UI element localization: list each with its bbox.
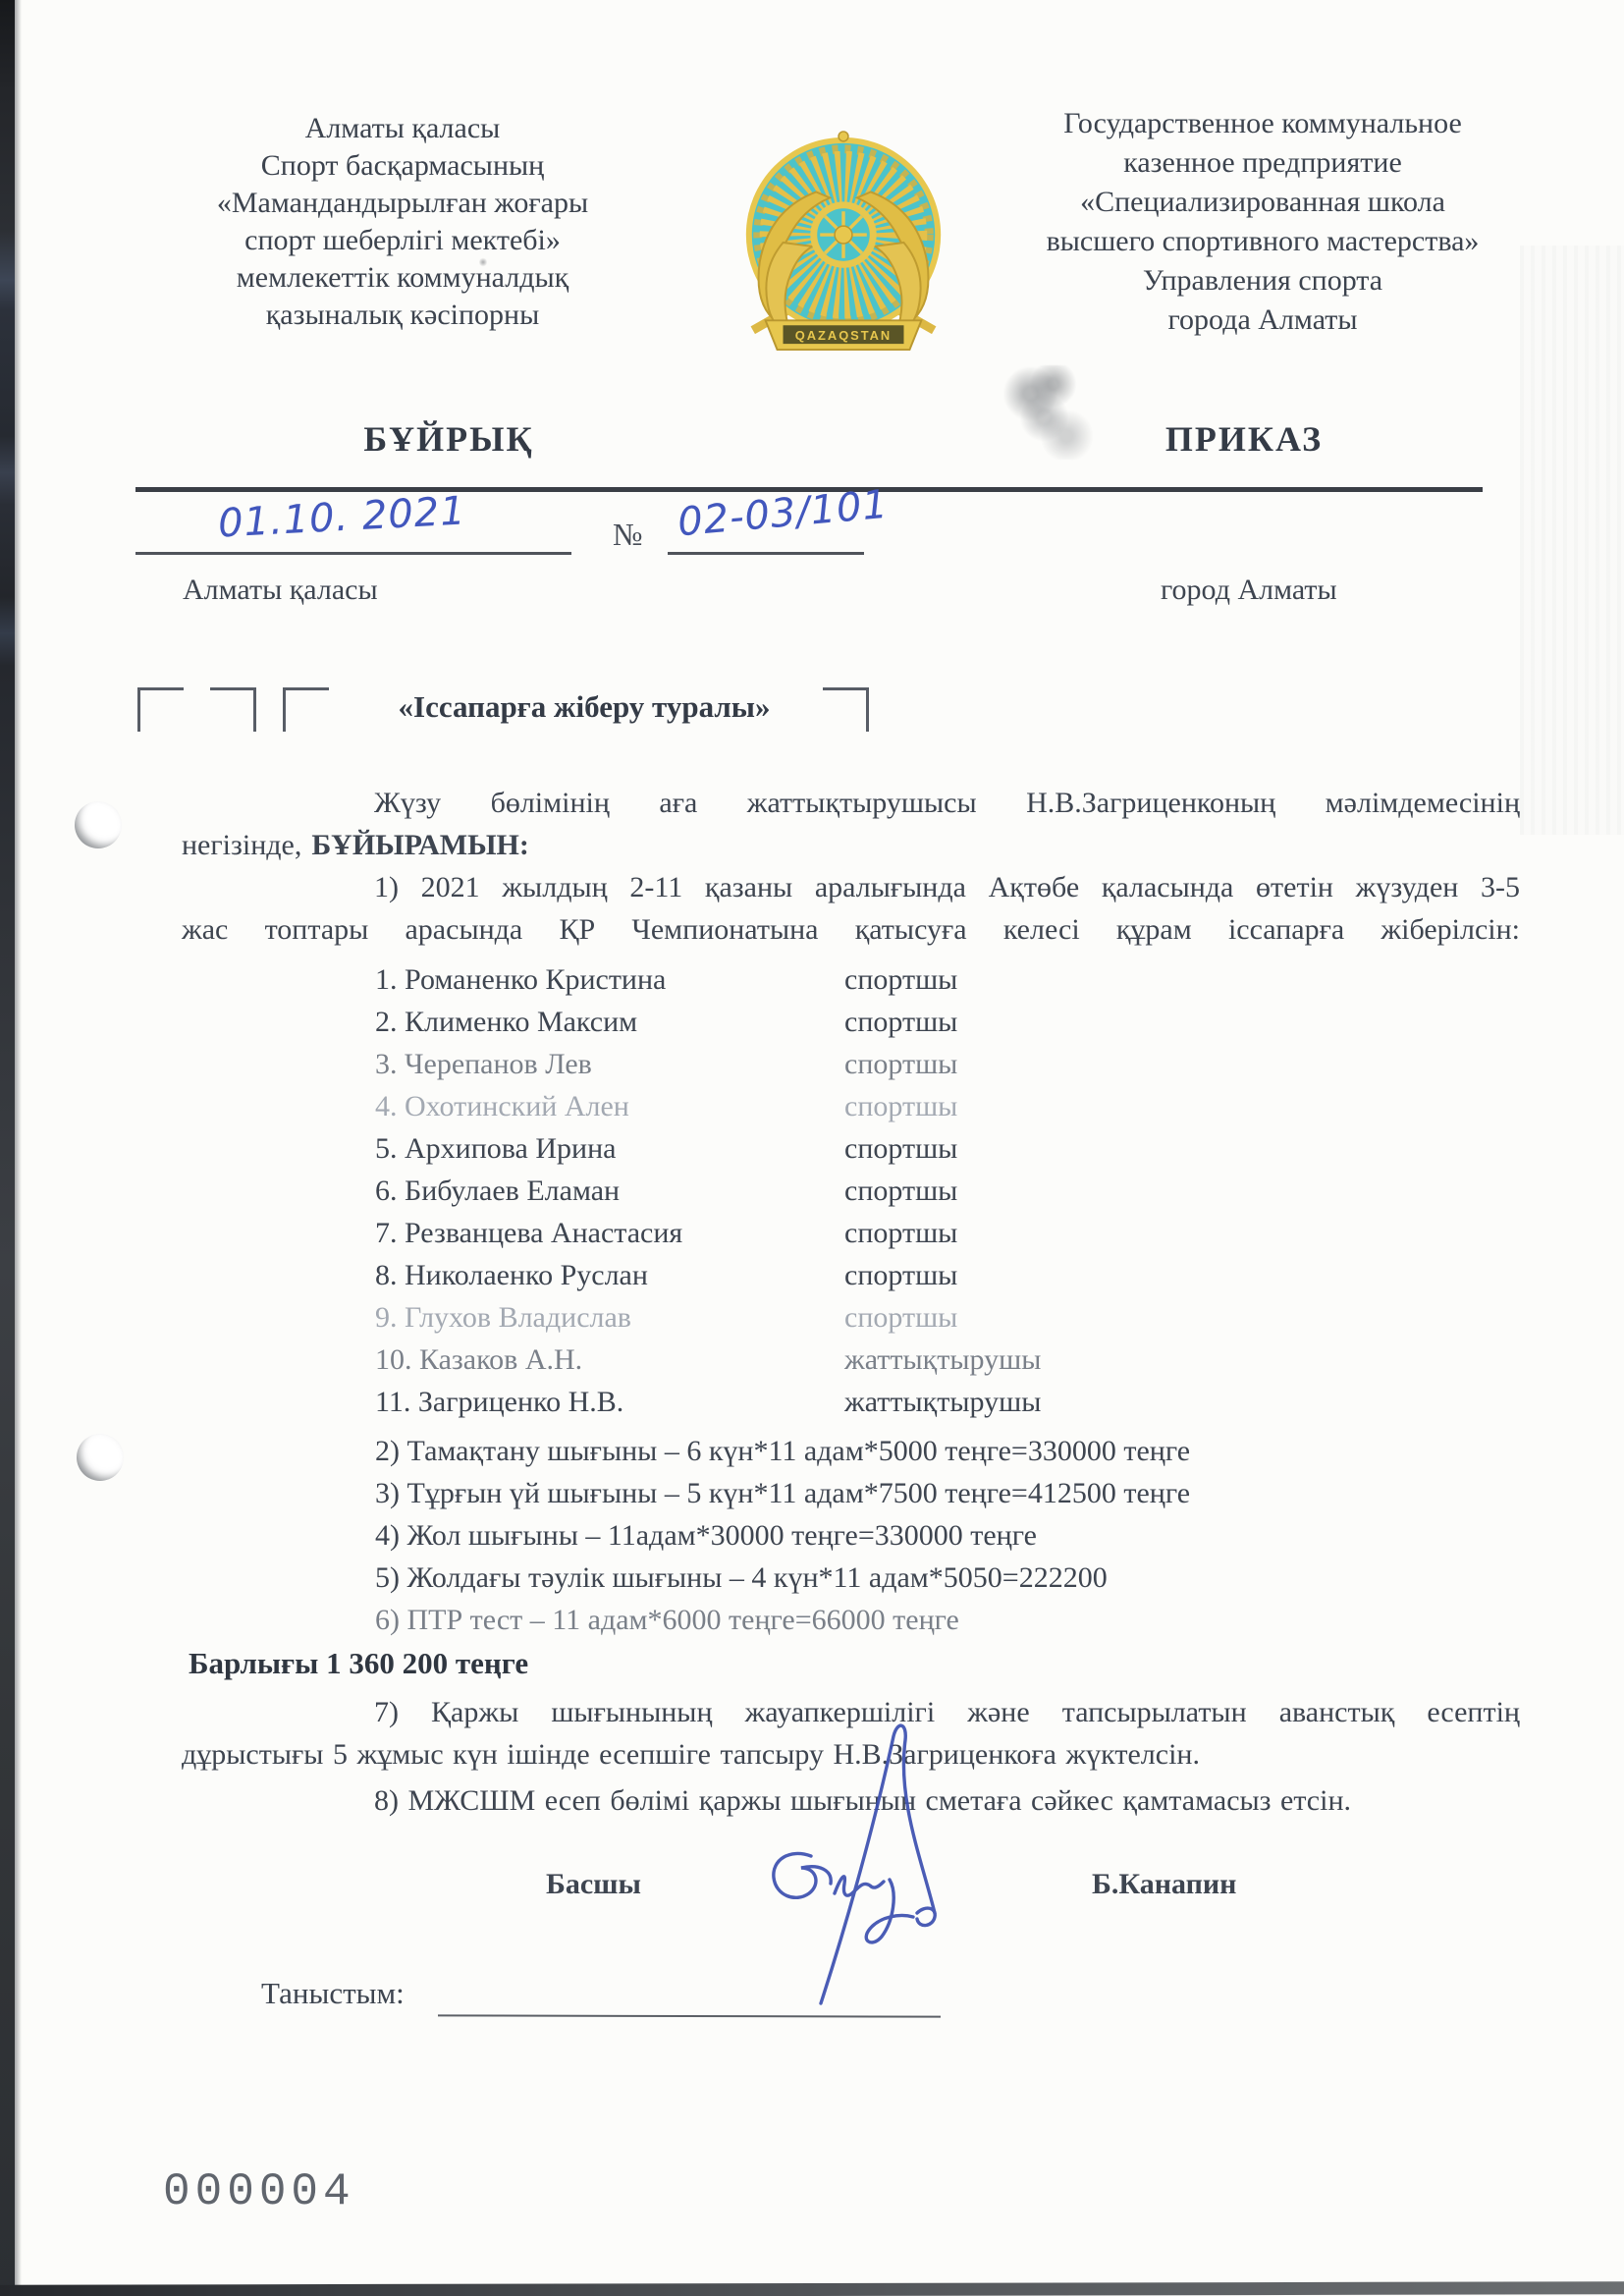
expense-row: 2) Тамақтану шығыны – 6 күн*11 адам*5000… bbox=[375, 1430, 1475, 1472]
org-name-kazakh: Алматы қаласыСпорт басқармасының«Маманда… bbox=[157, 110, 648, 334]
org-name-line: Спорт басқармасының bbox=[157, 147, 648, 185]
org-name-line: Государственное коммунальное bbox=[982, 104, 1543, 143]
ink-smudge bbox=[1003, 365, 1094, 460]
org-name-russian: Государственное коммунальноеказенное пре… bbox=[982, 104, 1543, 340]
scan-left-edge bbox=[0, 0, 15, 2296]
roster-row: 2. Клименко Максимспортшы bbox=[375, 1001, 1337, 1043]
roster-row: 10. Казаков А.Н.жаттықтырушы bbox=[375, 1339, 1337, 1381]
acknowledgement-line bbox=[438, 2014, 941, 2017]
scanned-order-document: Алматы қаласыСпорт басқармасының«Маманда… bbox=[0, 0, 1624, 2296]
number-sign-label: № bbox=[613, 517, 643, 553]
roster-row: 7. Резванцева Анастасияспортшы bbox=[375, 1212, 1337, 1254]
scan-left-edge-fade bbox=[15, 0, 22, 2296]
intro-line-2: негізінде,БҰЙЫРАМЫН: bbox=[182, 824, 1520, 866]
roster-row: 6. Бибулаев Еламанспортшы bbox=[375, 1170, 1337, 1212]
roster-row: 8. Николаенко Русланспортшы bbox=[375, 1254, 1337, 1296]
intro-paragraph: Жүзу бөлімінің аға жаттықтырушысы Н.В.За… bbox=[182, 782, 1520, 866]
expense-list: 2) Тамақтану шығыны – 6 күн*11 адам*5000… bbox=[375, 1430, 1475, 1641]
expense-row: 4) Жол шығыны – 11адам*30000 теңге=33000… bbox=[375, 1514, 1475, 1557]
order-subject: «Іссапарға жіберу туралы» bbox=[324, 689, 844, 725]
roster-row: 1. Романенко Кристинаспортшы bbox=[375, 958, 1337, 1001]
org-name-line: қазыналық кәсіпорны bbox=[157, 297, 648, 334]
roster-person-name: 10. Казаков А.Н. bbox=[375, 1339, 844, 1381]
roster-person-name: 5. Архипова Ирина bbox=[375, 1127, 844, 1170]
roster-person-name: 9. Глухов Владислав bbox=[375, 1296, 844, 1339]
org-name-line: «Мамандандырылған жоғары bbox=[157, 185, 648, 222]
acknowledgement-label: Таныстым: bbox=[261, 1976, 405, 2011]
point-1-line-2: жас топтары арасында ҚР Чемпионатына қат… bbox=[182, 908, 1520, 951]
order-title-kazakh: БҰЙРЫҚ bbox=[292, 418, 606, 460]
kazakhstan-coat-of-arms-emblem: QAZAQSTAN bbox=[734, 124, 952, 357]
intro-line-1: Жүзу бөлімінің аға жаттықтырушысы Н.В.За… bbox=[182, 782, 1520, 824]
delegation-roster: 1. Романенко Кристинаспортшы2. Клименко … bbox=[375, 958, 1337, 1423]
roster-person-name: 8. Николаенко Руслан bbox=[375, 1254, 844, 1296]
roster-row: 3. Черепанов Левспортшы bbox=[375, 1043, 1337, 1085]
total-amount: Барлығы 1 360 200 теңге bbox=[189, 1646, 528, 1681]
expense-row: 5) Жолдағы тәулік шығыны – 4 күн*11 адам… bbox=[375, 1557, 1475, 1599]
roster-person-name: 4. Охотинский Ален bbox=[375, 1085, 844, 1127]
roster-row: 5. Архипова Иринаспортшы bbox=[375, 1127, 1337, 1170]
handwritten-signature bbox=[725, 1719, 1021, 2011]
roster-row: 9. Глухов Владиславспортшы bbox=[375, 1296, 1337, 1339]
roster-person-name: 1. Романенко Кристина bbox=[375, 958, 844, 1001]
roster-person-role: жаттықтырушы bbox=[844, 1339, 1041, 1381]
org-name-line: «Специализированная школа bbox=[982, 183, 1543, 222]
roster-person-role: спортшы bbox=[844, 1043, 957, 1085]
roster-person-role: жаттықтырушы bbox=[844, 1381, 1041, 1423]
roster-person-role: спортшы bbox=[844, 1212, 957, 1254]
point-1-paragraph: 1) 2021 жылдың 2-11 қазаны аралығында Ақ… bbox=[182, 866, 1520, 951]
roster-row: 11. Загриценко Н.В.жаттықтырушы bbox=[375, 1381, 1337, 1423]
roster-person-name: 3. Черепанов Лев bbox=[375, 1043, 844, 1085]
roster-person-name: 6. Бибулаев Еламан bbox=[375, 1170, 844, 1212]
roster-person-role: спортшы bbox=[844, 1001, 957, 1043]
roster-row: 4. Охотинский Аленспортшы bbox=[375, 1085, 1337, 1127]
expense-row: 6) ПТР тест – 11 адам*6000 теңге=66000 т… bbox=[375, 1599, 1475, 1641]
org-name-line: высшего спортивного мастерства» bbox=[982, 222, 1543, 261]
corner-mark bbox=[210, 687, 256, 732]
roster-person-role: спортшы bbox=[844, 958, 957, 1001]
order-title-russian: ПРИКАЗ bbox=[1087, 418, 1401, 460]
org-name-line: мемлекеттік коммуналдық bbox=[157, 259, 648, 297]
emblem-banner-text: QAZAQSTAN bbox=[795, 328, 892, 343]
number-underline bbox=[668, 552, 864, 555]
point-1-line-1: 1) 2021 жылдың 2-11 қазаны аралығында Ақ… bbox=[182, 866, 1520, 908]
org-name-line: города Алматы bbox=[982, 301, 1543, 340]
resolve-keyword: БҰЙЫРАМЫН: bbox=[311, 829, 529, 861]
org-name-line: спорт шеберлігі мектебі» bbox=[157, 222, 648, 259]
roster-person-role: спортшы bbox=[844, 1296, 957, 1339]
expense-row: 3) Тұрғын үй шығыны – 5 күн*11 адам*7500… bbox=[375, 1472, 1475, 1514]
date-underline bbox=[135, 552, 571, 555]
scan-bottom-edge bbox=[0, 2281, 1624, 2296]
signer-name: Б.Канапин bbox=[1092, 1868, 1236, 1901]
place-russian: город Алматы bbox=[1161, 574, 1337, 607]
roster-person-name: 7. Резванцева Анастасия bbox=[375, 1212, 844, 1254]
signer-role: Басшы bbox=[546, 1868, 641, 1901]
roster-person-role: спортшы bbox=[844, 1254, 957, 1296]
org-name-line: казенное предприятие bbox=[982, 143, 1543, 183]
place-kazakh: Алматы қаласы bbox=[183, 574, 378, 607]
handwritten-date: 01.10. 2021 bbox=[217, 488, 467, 546]
org-name-line: Алматы қаласы bbox=[157, 110, 648, 147]
roster-person-role: спортшы bbox=[844, 1127, 957, 1170]
roster-person-name: 2. Клименко Максим bbox=[375, 1001, 844, 1043]
org-name-line: Управления спорта bbox=[982, 261, 1543, 301]
roster-person-name: 11. Загриценко Н.В. bbox=[375, 1381, 844, 1423]
corner-mark bbox=[137, 687, 184, 732]
corner-mark bbox=[283, 687, 329, 732]
page-number-stamp: 000004 bbox=[163, 2166, 355, 2217]
hole-punch-bottom bbox=[77, 1434, 124, 1481]
roster-person-role: спортшы bbox=[844, 1170, 957, 1212]
roster-person-role: спортшы bbox=[844, 1085, 957, 1127]
hole-punch-top bbox=[75, 801, 122, 848]
